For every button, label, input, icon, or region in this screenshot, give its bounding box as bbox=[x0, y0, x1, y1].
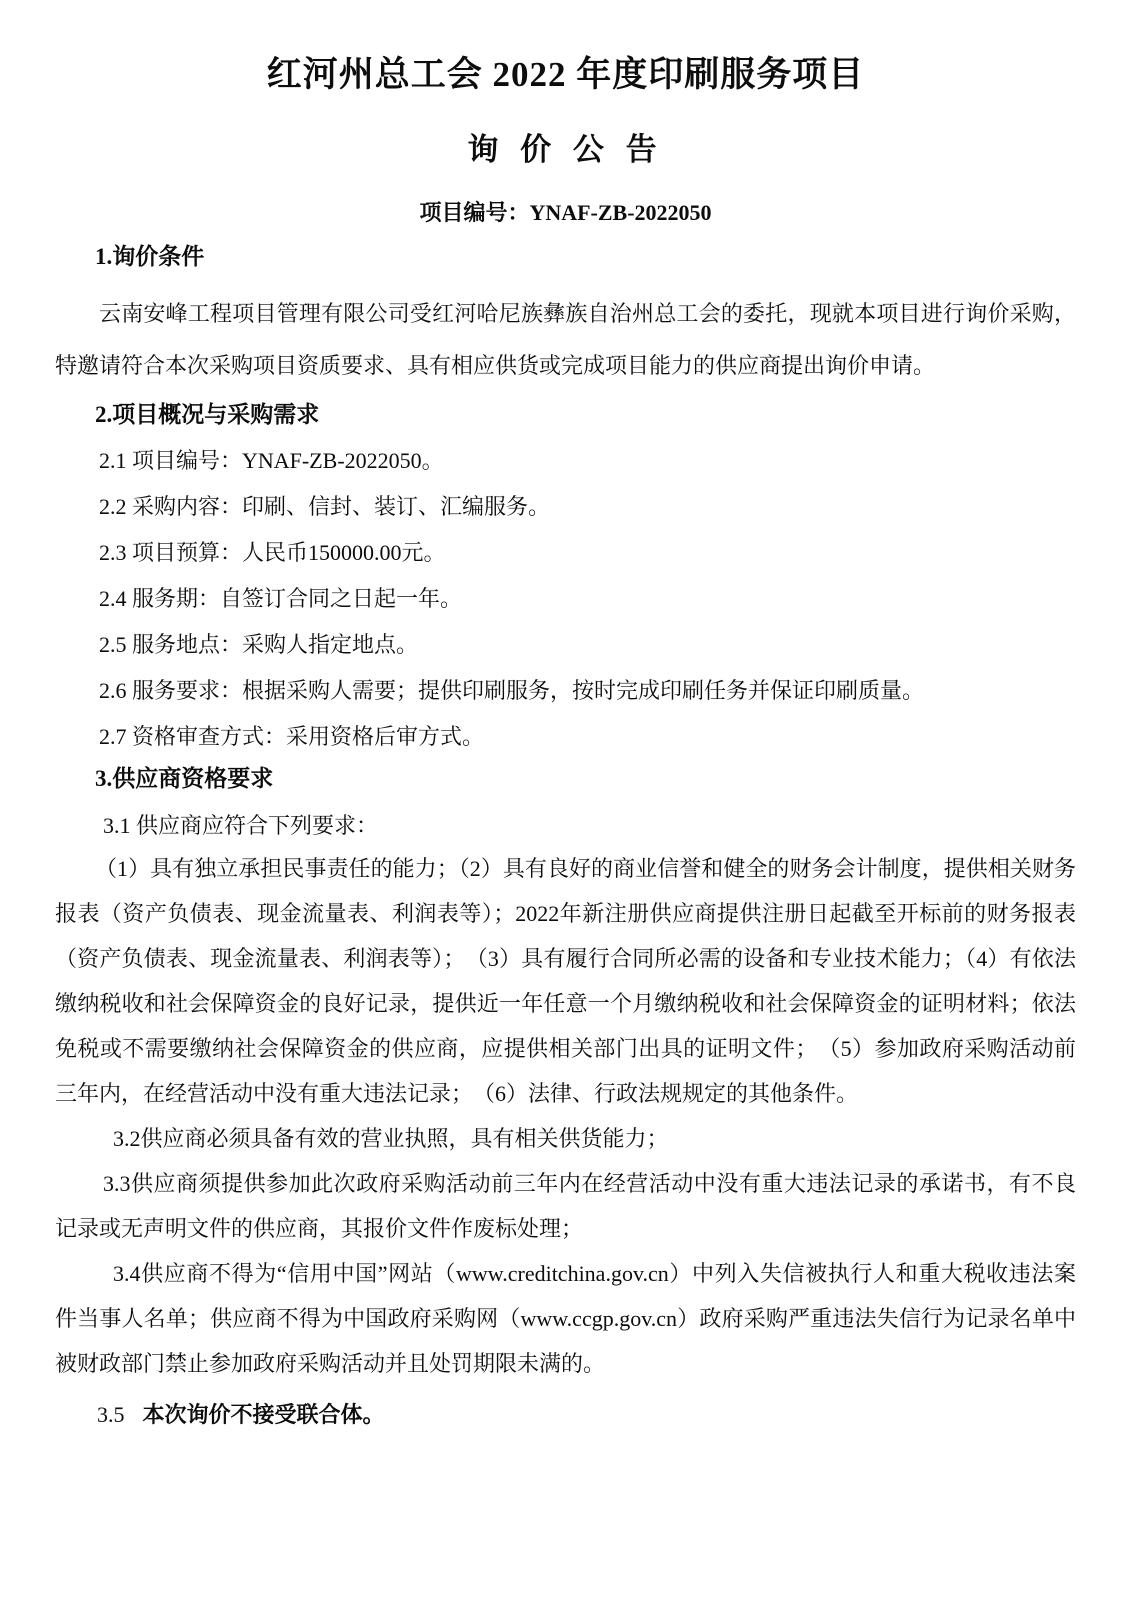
item-2-4: 2.4 服务期：自签订合同之日起一年。 bbox=[55, 576, 1076, 622]
item-3-5: 3.5本次询价不接受联合体。 bbox=[55, 1392, 1076, 1438]
item-3-5-number: 3.5 bbox=[97, 1402, 125, 1427]
section-2-heading: 2.项目概况与采购需求 bbox=[55, 398, 1076, 432]
item-3-5-text: 本次询价不接受联合体。 bbox=[143, 1402, 385, 1427]
document-content: 红河州总工会 2022 年度印刷服务项目 询 价 公 告 项目编号：YNAF-Z… bbox=[0, 0, 1131, 1438]
item-2-7: 2.7 资格审查方式：采用资格后审方式。 bbox=[55, 714, 1076, 760]
section-2-items: 2.1 项目编号：YNAF-ZB-2022050。 2.2 采购内容：印刷、信封… bbox=[55, 438, 1076, 760]
item-3-3: 3.3供应商须提供参加此次政府采购活动前三年内在经营活动中没有重大违法记录的承诺… bbox=[55, 1161, 1076, 1251]
item-3-2: 3.2供应商必须具备有效的营业执照，具有相关供货能力； bbox=[55, 1116, 1076, 1161]
item-3-1: 3.1 供应商应符合下列要求： bbox=[55, 806, 1076, 846]
item-3-4: 3.4供应商不得为“信用中国”网站（www.creditchina.gov.cn… bbox=[55, 1251, 1076, 1386]
item-2-2: 2.2 采购内容：印刷、信封、装订、汇编服务。 bbox=[55, 484, 1076, 530]
document-title: 红河州总工会 2022 年度印刷服务项目 bbox=[55, 50, 1076, 100]
section-1-paragraph: 云南安峰工程项目管理有限公司受红河哈尼族彝族自治州总工会的委托，现就本项目进行询… bbox=[55, 288, 1076, 392]
item-2-6: 2.6 服务要求：根据采购人需要；提供印刷服务，按时完成印刷任务并保证印刷质量。 bbox=[55, 668, 1076, 714]
item-2-1: 2.1 项目编号：YNAF-ZB-2022050。 bbox=[55, 438, 1076, 484]
document-page: 红河州总工会 2022 年度印刷服务项目 询 价 公 告 项目编号：YNAF-Z… bbox=[0, 0, 1131, 1600]
item-3-1-detail: （1）具有独立承担民事责任的能力；（2）具有良好的商业信誉和健全的财务会计制度，… bbox=[55, 846, 1076, 1116]
item-2-3: 2.3 项目预算：人民币150000.00元。 bbox=[55, 530, 1076, 576]
document-subtitle: 询 价 公 告 bbox=[55, 128, 1076, 172]
project-number: 项目编号：YNAF-ZB-2022050 bbox=[55, 198, 1076, 228]
item-2-5: 2.5 服务地点：采购人指定地点。 bbox=[55, 622, 1076, 668]
section-1-heading: 1.询价条件 bbox=[55, 240, 1076, 274]
section-3-heading: 3.供应商资格要求 bbox=[55, 762, 1076, 796]
